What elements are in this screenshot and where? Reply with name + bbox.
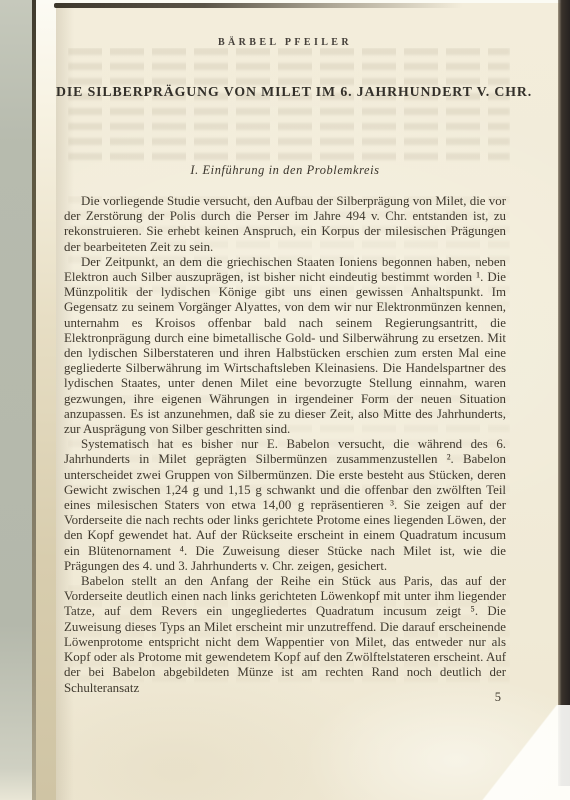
book-board-edge [0, 0, 36, 800]
page-number: 5 [495, 690, 501, 705]
paragraph-zeitpunkt: Der Zeitpunkt, an dem die griechischen S… [64, 255, 506, 437]
page-edge-shadow-line [32, 0, 36, 800]
author-name: BÄRBEL PFEILER [64, 37, 506, 48]
section-heading: I. Einführung in den Problemkreis [64, 163, 506, 178]
page-content: BÄRBEL PFEILER DIE SILBERPRÄGUNG VON MIL… [64, 0, 506, 800]
paragraph-intro: Die vorliegende Studie versucht, den Auf… [64, 194, 506, 255]
paragraph-babelon-paris: Babelon stellt an den Anfang der Reihe e… [64, 574, 506, 696]
scanned-book-page: BÄRBEL PFEILER DIE SILBERPRÄGUNG VON MIL… [0, 0, 570, 800]
page-title: DIE SILBERPRÄGUNG VON MILET IM 6. JAHRHU… [56, 84, 514, 100]
body-text: Die vorliegende Studie versucht, den Auf… [64, 194, 506, 696]
page-fore-edge-curve [36, 0, 56, 800]
paragraph-babelon-gruppen: Systematisch hat es bisher nur E. Babelo… [64, 437, 506, 574]
scan-right-dark-edge [558, 0, 570, 786]
